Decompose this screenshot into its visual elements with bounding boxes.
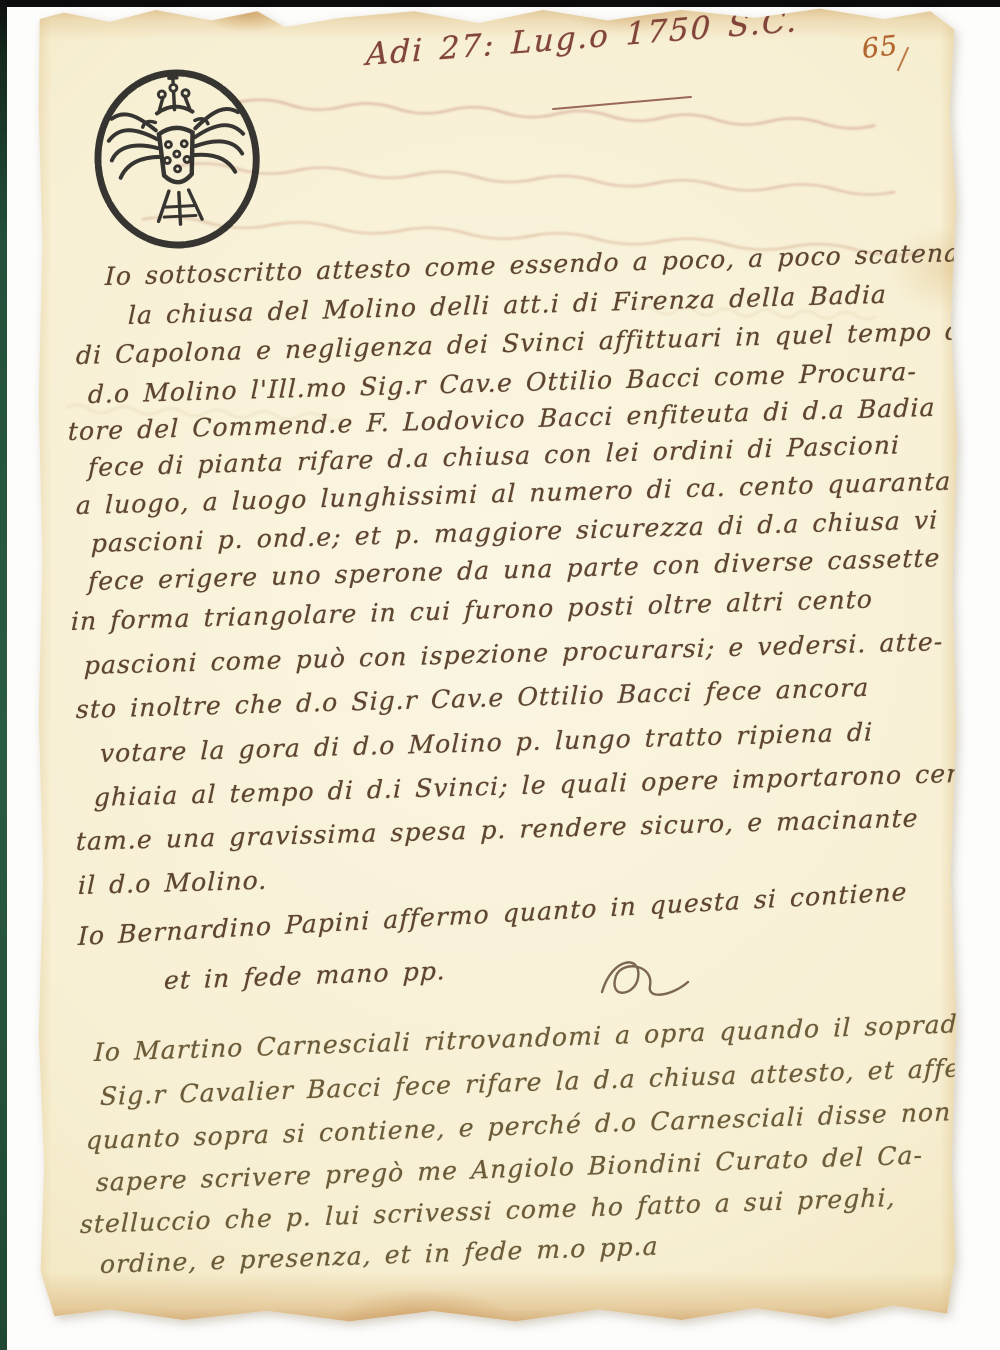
manuscript-line: pascioni come può con ispezione procurar… — [84, 629, 944, 678]
bleedthrough-writing — [236, 95, 876, 133]
signature-flourish — [592, 952, 712, 1016]
manuscript-line: in forma triangolare in cui furono posti… — [71, 587, 874, 634]
manuscript-line: tam.e una gravissima spesa p. rendere si… — [76, 805, 919, 854]
manuscript-line: il d.o Molino. — [78, 868, 268, 898]
signature-line: et in fede mano pp. — [164, 958, 447, 993]
ink-stamp-seal — [83, 55, 271, 258]
manuscript-page: Adi 27: Lug.o 1750 S.C. 65 Io sottoscrit… — [36, 6, 958, 1324]
page-number: 65 — [861, 32, 900, 63]
paper-sheet: Adi 27: Lug.o 1750 S.C. 65 Io sottoscrit… — [36, 6, 958, 1324]
witness-line: ordine, e presenza, et in fede m.o pp.a — [100, 1233, 659, 1277]
manuscript-line: ghiaia al tempo di d.i Svinci; le quali … — [94, 761, 969, 810]
manuscript-line: sto inoltre che d.o Sig.r Cav.e Ottilio … — [76, 675, 870, 722]
date-line: Adi 27: Lug.o 1750 S.C. — [366, 6, 799, 71]
manuscript-line: votare la gora di d.o Molino p. lungo tr… — [100, 719, 874, 766]
scanner-left-strip — [0, 0, 7, 1350]
bleedthrough-writing — [176, 158, 896, 199]
crowned-double-headed-eagle-icon — [83, 55, 271, 258]
